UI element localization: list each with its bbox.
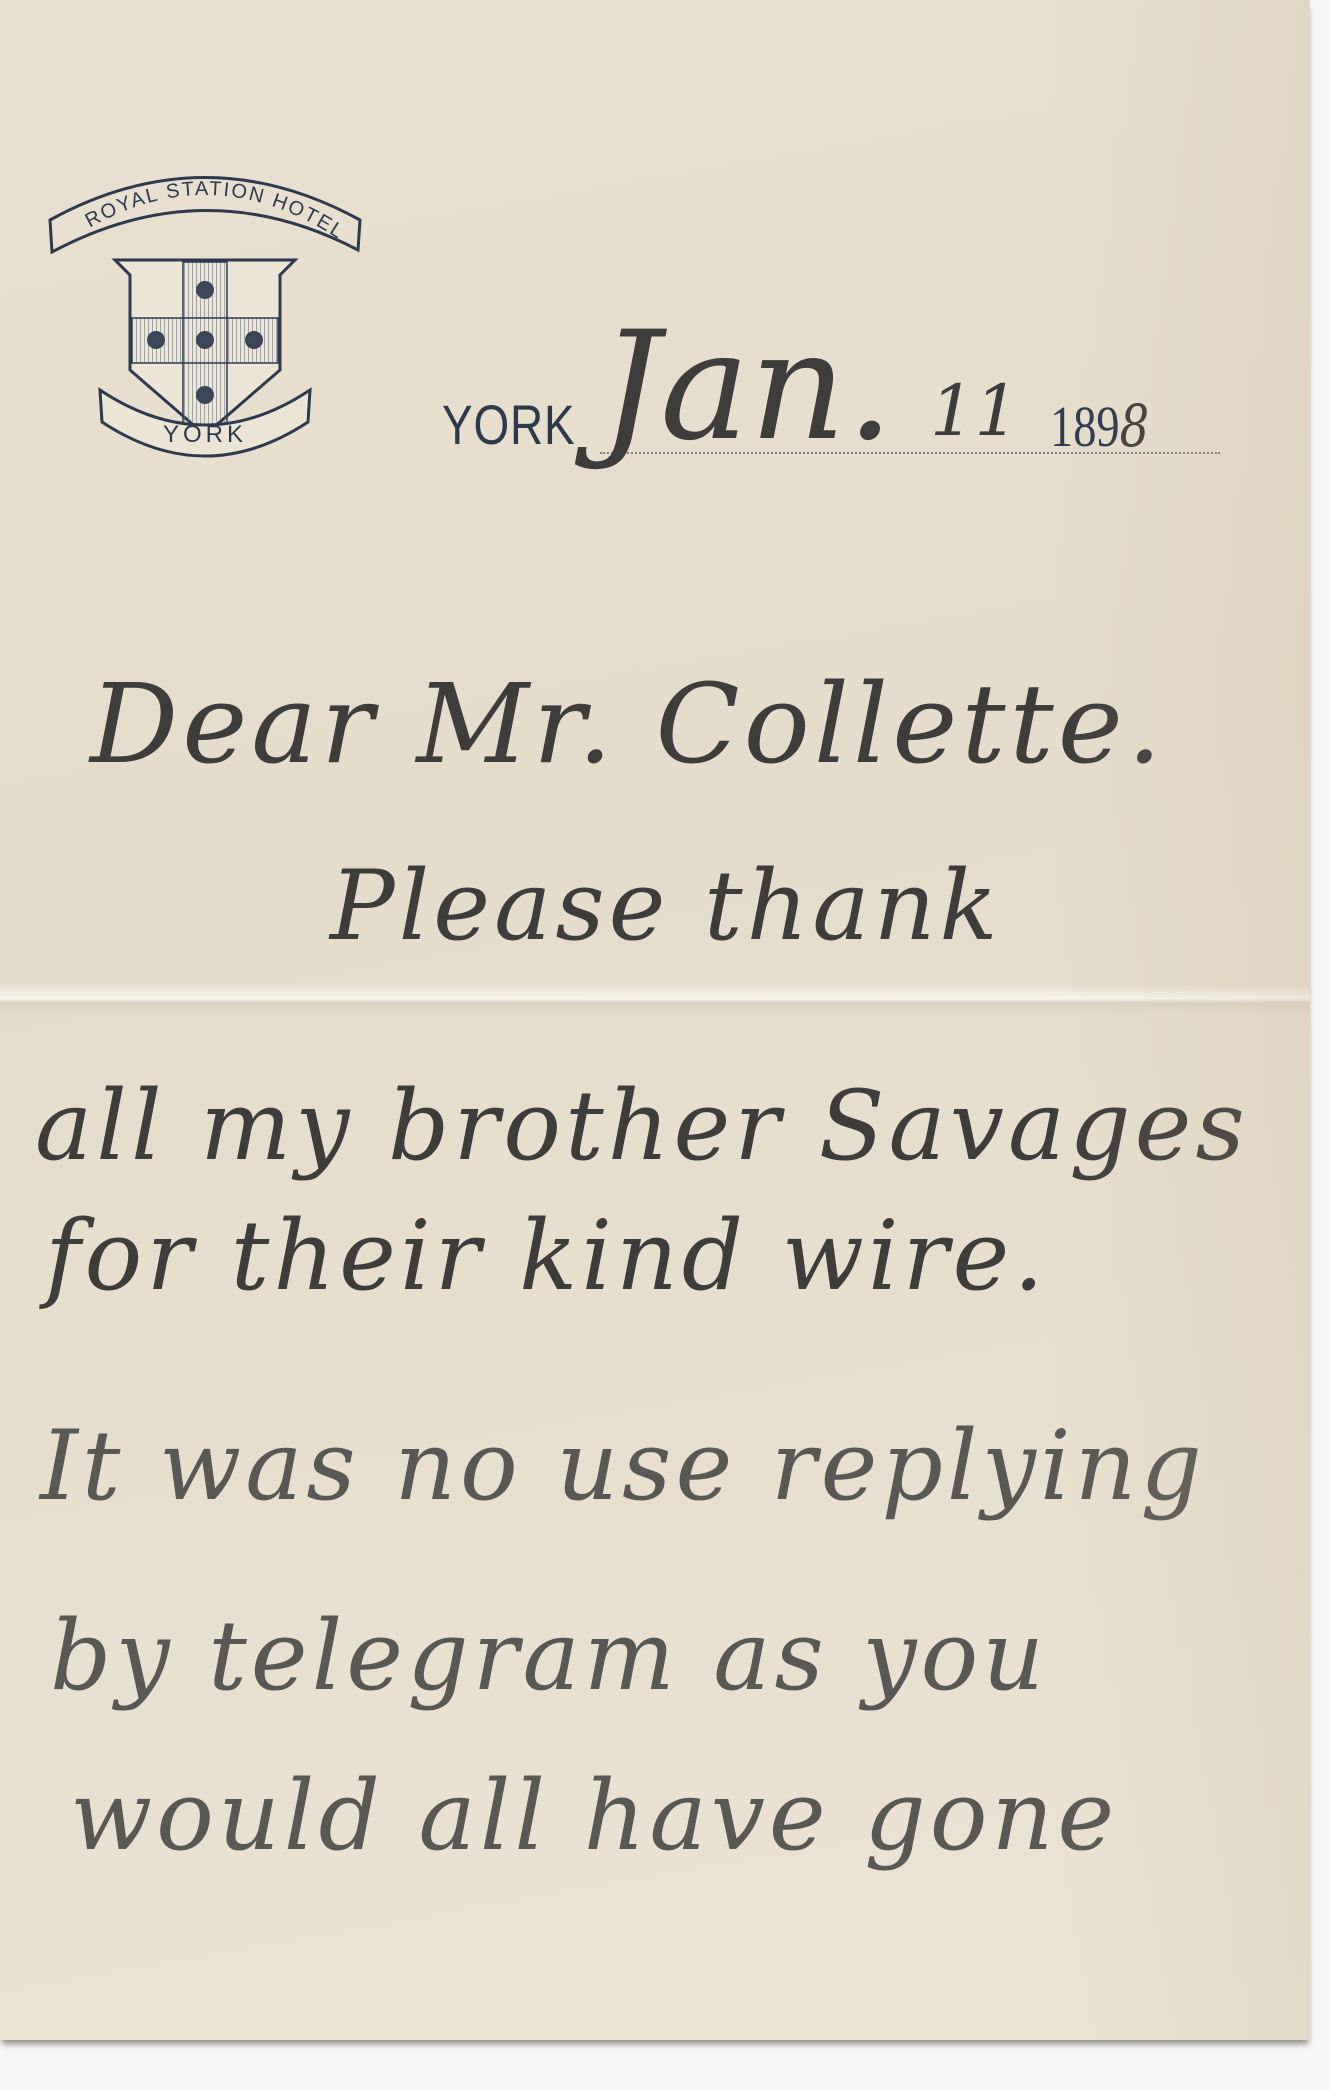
date-day: 11 [930, 370, 1019, 452]
paper-fold [0, 985, 1310, 1015]
hotel-crest-icon: ROYAL STATION HOTEL YORK [40, 160, 370, 460]
letter-line: by telegram as you [50, 1600, 1048, 1712]
letter-line: Please thank [330, 850, 1002, 962]
crest-city: YORK [163, 421, 247, 448]
date-year: 1898 [1050, 392, 1149, 460]
letter-line: would all have gone [70, 1760, 1118, 1872]
letterhead-place: YORK [442, 392, 575, 457]
letter-sheet: ROYAL STATION HOTEL YORK YORK Jan. 11 18… [0, 0, 1310, 2040]
salutation: Dear Mr. Collette. [90, 660, 1166, 788]
letter-line: It was no use replying [40, 1410, 1206, 1522]
date-month: Jan. [600, 300, 894, 474]
letter-line: all my brother Savages [35, 1070, 1249, 1182]
letter-line: for their kind wire. [45, 1200, 1048, 1312]
